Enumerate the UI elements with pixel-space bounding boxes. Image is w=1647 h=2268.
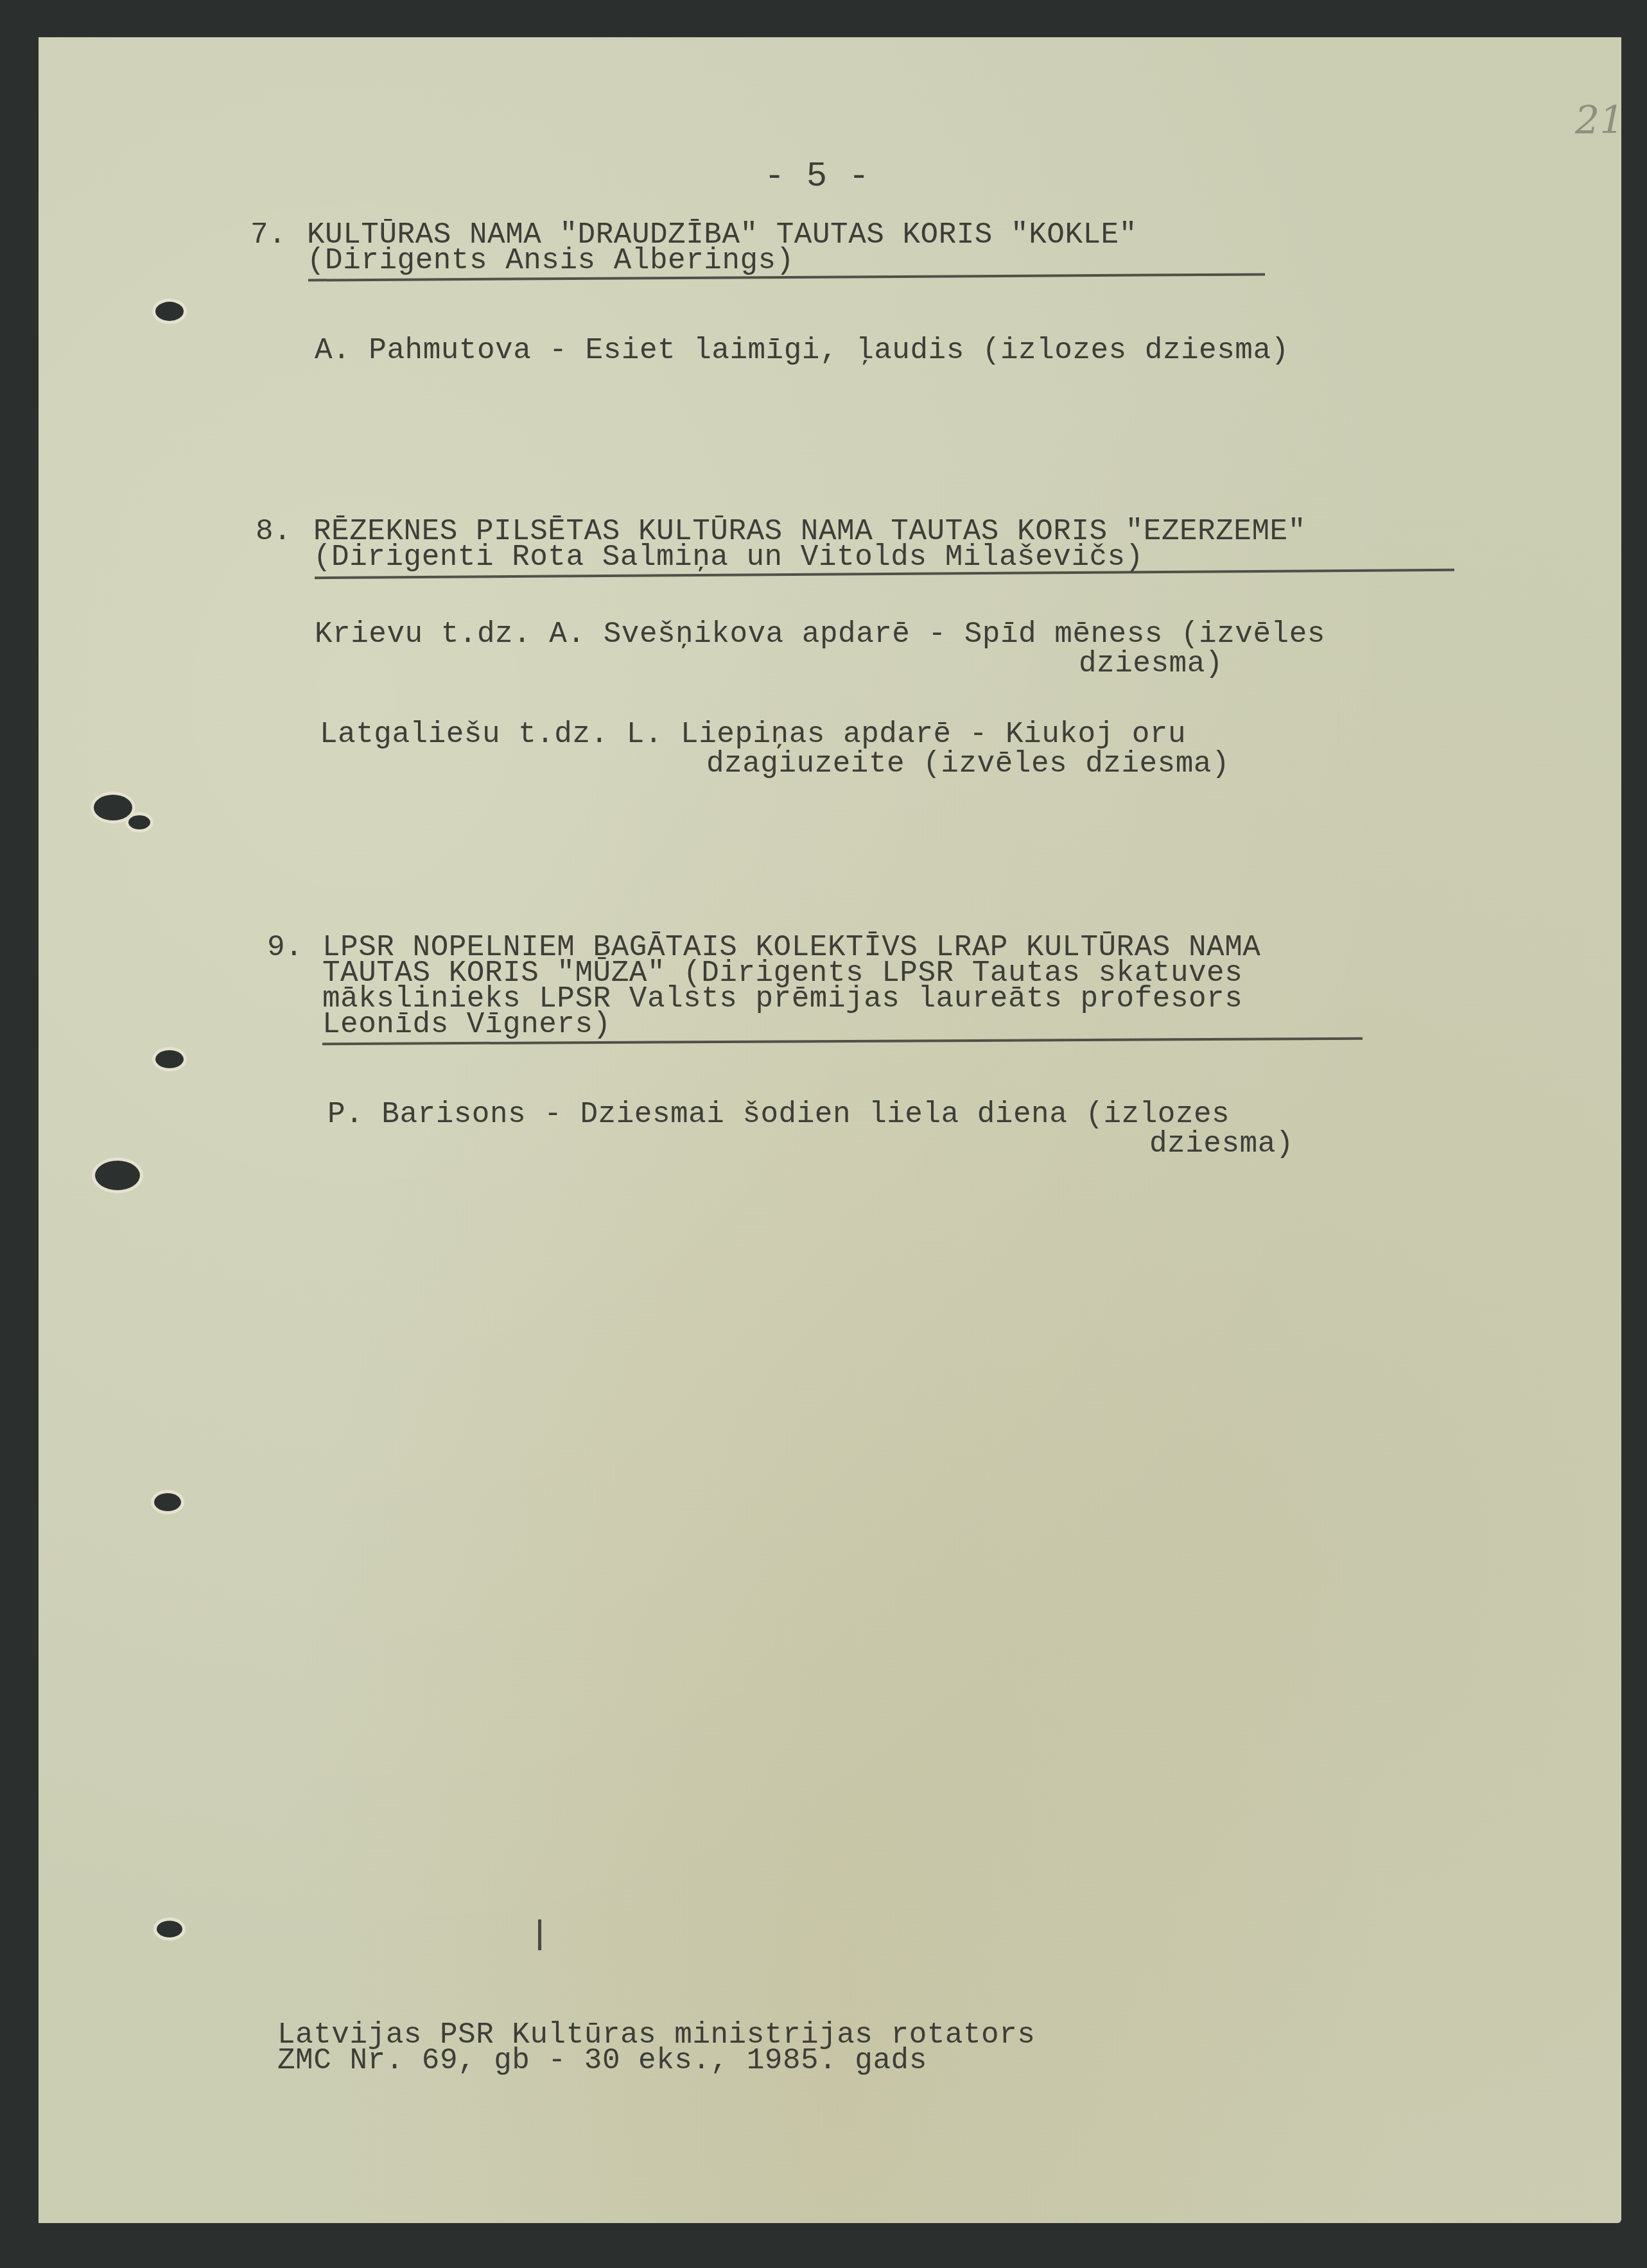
document-page: 21 - 5 - 7. KULTŪRAS NAMA "DRAUDZĪBA" TA… (39, 37, 1621, 2223)
entry-7-title: KULTŪRAS NAMA "DRAUDZĪBA" TAUTAS KORIS "… (307, 223, 1137, 247)
punch-hole-1 (155, 302, 184, 321)
punch-hole-4 (95, 1161, 140, 1190)
footer-line-1: Latvijas PSR Kultūras ministrijas rotato… (277, 2023, 1035, 2047)
pencil-page-mark: 21 (1575, 98, 1624, 143)
punch-hole-3 (155, 1050, 184, 1068)
entry-8-number: 8. (256, 520, 292, 543)
entry-8-song-1-line-2: dziesma) (1079, 652, 1223, 675)
entry-8-song-1-line-1: Krievu t.dz. A. Svešņikova apdarē - Spīd… (315, 623, 1325, 646)
entry-8-title: RĒZEKNES PILSĒTAS KULTŪRAS NAMA TAUTAS K… (313, 520, 1306, 543)
entry-8-song-2-line-1: Latgaliešu t.dz. L. Liepiņas apdarē - Ki… (320, 723, 1186, 746)
punch-hole-6 (157, 1921, 182, 1937)
punch-hole-5 (154, 1493, 181, 1511)
punch-hole-2b (128, 815, 150, 829)
entry-9-title-line-4: Leonīds Vīgners) (322, 1013, 611, 1036)
entry-9-number: 9. (267, 936, 303, 959)
entry-9-title-line-2: TAUTAS KORIS "MŪZA" (Dirigents LPSR Taut… (322, 962, 1242, 985)
punch-hole-2a (94, 795, 132, 820)
stray-mark (538, 1919, 541, 1950)
entry-9-song-1-line-2: dziesma) (1149, 1132, 1294, 1156)
footer-line-2: ZMC Nr. 69, gb - 30 eks., 1985. gads (277, 2049, 927, 2072)
entry-7-number: 7. (250, 223, 286, 247)
entry-9-title-line-3: mākslinieks LPSR Valsts prēmijas laureāt… (322, 987, 1242, 1010)
entry-9-title-line-1: LPSR NOPELNIEM BAGĀTAIS KOLEKTĪVS LRAP K… (322, 936, 1260, 959)
entry-7-song-1: A. Pahmutova - Esiet laimīgi, ļaudis (iz… (315, 339, 1289, 362)
entry-9-song-1-line-1: P. Barisons - Dziesmai šodien liela dien… (327, 1103, 1230, 1126)
entry-8-conductors: (Dirigenti Rota Salmiņa un Vitolds Milaš… (313, 546, 1144, 569)
entry-7-conductor: (Dirigents Ansis Alberings) (307, 249, 794, 272)
entry-8-song-2-line-2: dzagiuzeite (izvēles dziesma) (706, 752, 1230, 775)
page-number: - 5 - (764, 166, 870, 189)
